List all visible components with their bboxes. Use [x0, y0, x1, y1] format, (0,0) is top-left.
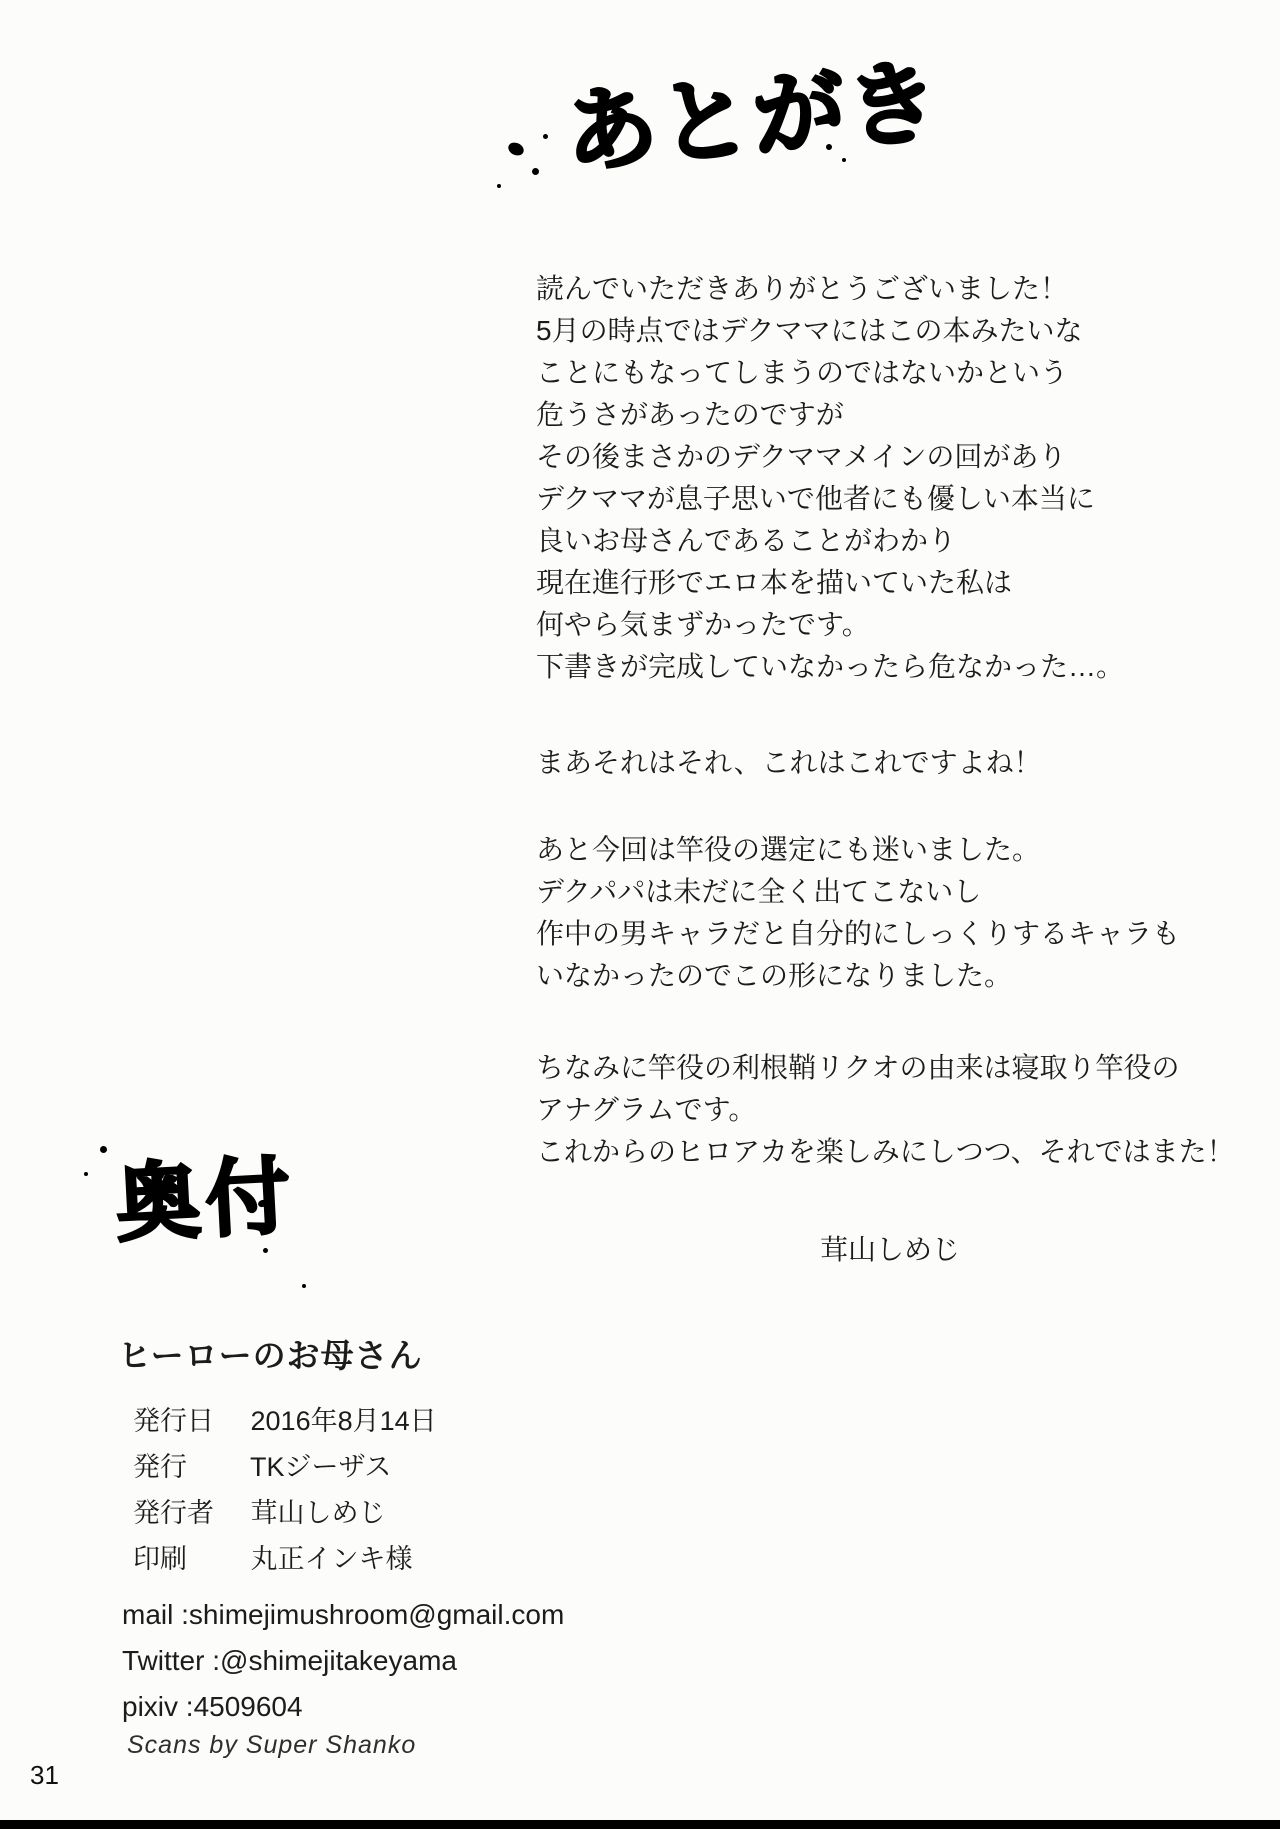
contact-mail: mail :shimejimushroom@gmail.com	[122, 1592, 564, 1638]
afterword-line: デクパパは未だに全く出てこないし	[536, 871, 1096, 913]
ink-splatter	[100, 1146, 107, 1153]
book-title: ヒーローのお母さん	[118, 1330, 423, 1377]
ink-splatter	[532, 168, 539, 175]
contact-pixiv: pixiv :4509604	[122, 1684, 564, 1730]
afterword-line: 良いお母さんであることがわかり	[536, 520, 1096, 562]
afterword-line: まあそれはそれ、これはこれですよね！	[536, 742, 1096, 784]
colophon-entries: 発行日 2016年8月14日 発行 TKジーザス 発行者 茸山しめじ 印刷 丸正…	[133, 1398, 437, 1582]
ink-splatter	[506, 140, 526, 158]
ink-splatter	[263, 1248, 268, 1253]
afterword-line: 現在進行形でエロ本を描いていた私は	[536, 562, 1096, 604]
scan-credit: Scans by Super Shanko	[127, 1731, 416, 1760]
author-signature: 茸山しめじ	[820, 1228, 960, 1268]
afterword-paragraph: 読んでいただきありがとうございました！5月の時点ではデクママにはこの本みたいなこ…	[536, 268, 1096, 688]
afterword-title: あとがき	[562, 56, 945, 180]
ink-splatter	[497, 184, 501, 188]
ink-splatter	[543, 134, 548, 139]
colophon-entry: 印刷 丸正インキ様	[133, 1536, 437, 1582]
afterword-line: 5月の時点ではデクママにはこの本みたいな	[536, 310, 1096, 352]
colophon-entry-value: 茸山しめじ	[251, 1498, 386, 1528]
ink-splatter	[84, 1172, 88, 1176]
colophon-entry-label: 発行者	[133, 1490, 243, 1536]
contact-twitter: Twitter :@shimejitakeyama	[122, 1638, 564, 1684]
afterword-line: いなかったのでこの形になりました。	[536, 955, 1096, 997]
colophon-entry: 発行日 2016年8月14日	[133, 1398, 437, 1444]
afterword-line: 何やら気まずかったです。	[536, 604, 1096, 646]
ink-splatter	[302, 1284, 306, 1288]
colophon-entry-value: 丸正インキ様	[251, 1544, 413, 1574]
afterword-line: ちなみに竿役の利根鞘リクオの由来は寝取り竿役の	[536, 1047, 1096, 1089]
colophon-entry-label: 印刷	[133, 1536, 243, 1582]
colophon-title: 奥付	[114, 1153, 298, 1246]
colophon-entry-value: 2016年8月14日	[251, 1406, 437, 1436]
colophon-entry-label: 発行日	[133, 1398, 243, 1444]
afterword-line: その後まさかのデクママメインの回があり	[536, 436, 1096, 478]
colophon-entry-label: 発行	[133, 1444, 243, 1490]
afterword-line: 危うさがあったのですが	[536, 394, 1096, 436]
afterword-line: デクママが息子思いで他者にも優しい本当に	[536, 478, 1096, 520]
page-number: 31	[30, 1760, 59, 1791]
afterword-line: ことにもなってしまうのではないかという	[536, 352, 1096, 394]
afterword-line: 作中の男キャラだと自分的にしっくりするキャラも	[536, 913, 1096, 955]
colophon-entry: 発行 TKジーザス	[133, 1444, 437, 1490]
afterword-line: あと今回は竿役の選定にも迷いました。	[536, 829, 1096, 871]
scanned-page: あとがき 読んでいただきありがとうございました！5月の時点ではデクママにはこの本…	[0, 0, 1280, 1829]
afterword-body: 読んでいただきありがとうございました！5月の時点ではデクママにはこの本みたいなこ…	[536, 268, 1096, 1173]
scan-edge-bar	[0, 1820, 1280, 1829]
afterword-paragraph: ちなみに竿役の利根鞘リクオの由来は寝取り竿役のアナグラムです。これからのヒロアカ…	[536, 1047, 1096, 1173]
colophon-contacts: mail :shimejimushroom@gmail.com Twitter …	[122, 1592, 564, 1730]
afterword-paragraph: まあそれはそれ、これはこれですよね！	[536, 742, 1096, 784]
afterword-line: アナグラムです。	[536, 1089, 1096, 1131]
afterword-line: 下書きが完成していなかったら危なかった…。	[536, 646, 1096, 688]
afterword-paragraph: あと今回は竿役の選定にも迷いました。デクパパは未だに全く出てこないし作中の男キャ…	[536, 829, 1096, 997]
colophon-entry: 発行者 茸山しめじ	[133, 1490, 437, 1536]
afterword-line: 読んでいただきありがとうございました！	[536, 268, 1096, 310]
afterword-line: これからのヒロアカを楽しみにしつつ、それではまた！	[536, 1131, 1096, 1173]
colophon-entry-value: TKジーザス	[250, 1452, 391, 1482]
